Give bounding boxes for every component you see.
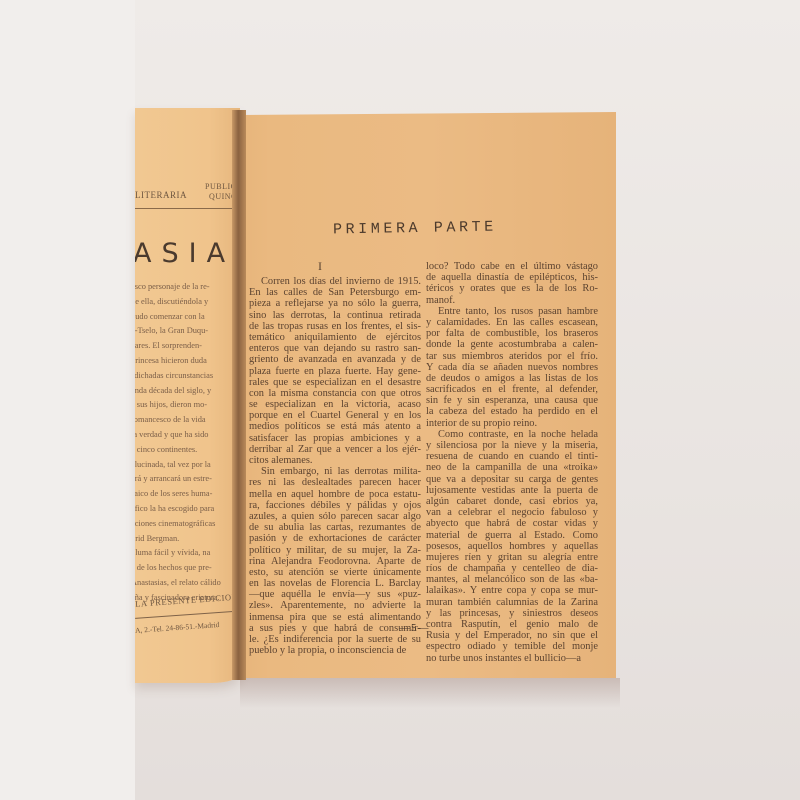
text-line: Entre tanto, los rusos pasan hambre bbox=[426, 306, 598, 317]
text-line: posesos, aquellos hombres y aquellas bbox=[426, 541, 598, 552]
text-line: rales que se especializan en el desastre bbox=[249, 377, 421, 388]
text-line: y las princesas, y siniestros deseos bbox=[426, 608, 598, 619]
text-line: de aquella dinastía de epilépticos, his- bbox=[426, 272, 598, 283]
text-line: sin fe y sin esperanza, una causa que bbox=[426, 395, 598, 406]
text-line: ará y arrancará un estre- bbox=[135, 472, 240, 487]
text-line: se especializan en la victoria, acaso bbox=[249, 399, 421, 410]
text-line: resuena de cuando en cuando el tinti- bbox=[426, 451, 598, 462]
text-line: algún cabaret donde, casi ebrios ya, bbox=[426, 496, 598, 507]
text-line: ra, facciones débiles y pálidas y ojos bbox=[249, 500, 421, 511]
text-line: mella en aquel hombre de poca estatu- bbox=[249, 489, 421, 500]
left-page-title: ASIA bbox=[135, 238, 235, 269]
text-line: pasión y de exhortaciones de carácter bbox=[249, 533, 421, 544]
text-line: pueblo y la propia, o inconsciencia de bbox=[249, 645, 421, 656]
divider bbox=[135, 610, 240, 619]
text-line: plaza fuerte en plaza fuerte. Hay gene- bbox=[249, 366, 421, 377]
text-line: van a celebrar el negocio fabuloso y bbox=[426, 507, 598, 518]
text-line: Corren los días del invierno de 1915. bbox=[249, 276, 421, 287]
text-line: romancesco de la vida bbox=[135, 413, 240, 428]
text-line: lalaikas». Y entre copa y copa se mur- bbox=[426, 585, 598, 596]
text-line: a sus pies y que habrá de consumir- bbox=[249, 623, 421, 634]
text-line: sdichadas circunstancias bbox=[135, 369, 240, 384]
text-column-left: Corren los días del invierno de 1915.En … bbox=[249, 276, 421, 656]
text-line: esco personaje de la re- bbox=[135, 280, 240, 295]
text-line: griento de avanzada en avanzada y de bbox=[249, 354, 421, 365]
chapter-number: I bbox=[318, 259, 322, 274]
left-page: LITERARIA PUBLICACIÓN QUINCENAL ASIA esc… bbox=[135, 108, 240, 683]
text-line: Sin embargo, ni las derrotas milita- bbox=[249, 466, 421, 477]
text-line: cciones cinematográficas bbox=[135, 517, 240, 532]
text-line: azules, a quien sólo parecen sacar algo bbox=[249, 511, 421, 522]
part-title: PRIMERA PARTE bbox=[333, 219, 497, 239]
text-line: abyecto que habrá de costar vidas y bbox=[426, 518, 598, 529]
text-line: que va a depositar su carga de gentes bbox=[426, 474, 598, 485]
text-line: a de los hechos que pre- bbox=[135, 561, 240, 576]
text-line: interior de su propio reino. bbox=[426, 418, 598, 429]
text-line: e cinco continentes. bbox=[135, 443, 240, 458]
text-line: y calamidades. En las calles escasean, bbox=[426, 317, 598, 328]
text-line: citos alemanes. bbox=[249, 455, 421, 466]
text-line: En las calles de San Petersburgo em- bbox=[249, 287, 421, 298]
text-line: espectro odiado y temible del monje bbox=[426, 641, 598, 652]
text-line: de ella, discutiéndola y bbox=[135, 295, 240, 310]
text-line: y silenciosa por la nieve y la miseria, bbox=[426, 440, 598, 451]
left-page-header: LITERARIA PUBLICACIÓN QUINCENAL bbox=[135, 168, 240, 209]
text-line: la cabeza del estado ha perdido en el bbox=[426, 406, 598, 417]
text-line: saico de los seres huma- bbox=[135, 487, 240, 502]
text-line: sacrificados en el frente, al defender, bbox=[426, 384, 598, 395]
text-line: muran también calumnias de la Zarina bbox=[426, 597, 598, 608]
background-left bbox=[0, 0, 135, 800]
text-line: —que aquélla le envía—y sus «puz- bbox=[249, 589, 421, 600]
text-line: Anastasias, el relato cálido bbox=[135, 576, 240, 591]
text-line: pluma fácil y vívida, na bbox=[135, 546, 240, 561]
text-line: e-Tselo, la Gran Duqu- bbox=[135, 324, 240, 339]
text-line: por falta de combustible, los braseros bbox=[426, 328, 598, 339]
text-line: loco? Todo cabe en el último vástago bbox=[426, 261, 598, 272]
text-line: neo de la campanilla de una «troika» bbox=[426, 462, 598, 473]
text-line: con la misma constancia con que otros bbox=[249, 388, 421, 399]
text-line: téricos y orates que es la de los Ro- bbox=[426, 283, 598, 294]
publisher-address: A, 2.-Tel. 24-86-51.-Madrid bbox=[135, 620, 220, 635]
text-line: zares. El sorprenden- bbox=[135, 339, 240, 354]
text-line: tar sus miembros ateridos por el frío. bbox=[426, 351, 598, 362]
text-line: mantes, al melancólico son de las «ba- bbox=[426, 574, 598, 585]
text-line: satisfacer las propias ambiciones y a bbox=[249, 433, 421, 444]
text-line: la verdad y que ha sido bbox=[135, 428, 240, 443]
text-line: enteros que van dejando su rastro san- bbox=[249, 343, 421, 354]
text-line: en las novelas de Florencia L. Barclay bbox=[249, 578, 421, 589]
text-line: Y cada día se añaden nuevos nombres bbox=[426, 362, 598, 373]
text-line: pieza a reflejarse ya no sólo la guerra, bbox=[249, 298, 421, 309]
text-line: Rusia y del Emperador, no sin que el bbox=[426, 630, 598, 641]
text-column-right: loco? Todo cabe en el último vástagode a… bbox=[426, 261, 598, 664]
page-number: —5— bbox=[399, 622, 430, 634]
left-page-text: esco personaje de la re-de ella, discuti… bbox=[135, 280, 240, 606]
text-line: princesa hicieron duda bbox=[135, 354, 240, 369]
text-line: donde la gente acostumbraba a calen- bbox=[426, 339, 598, 350]
text-line: de deudos o amigos a las listas de los bbox=[426, 373, 598, 384]
text-line: res ni las deslealtades parecen hacer bbox=[249, 477, 421, 488]
book-gutter bbox=[232, 110, 246, 680]
text-line: pudo comenzar con la bbox=[135, 310, 240, 325]
text-line: Como contraste, en la noche helada bbox=[426, 429, 598, 440]
text-line: derribar al Zar que a vencer a los ejér- bbox=[249, 444, 421, 455]
text-line: político y militar, de su mujer, la Za- bbox=[249, 545, 421, 556]
text-line: lujosamente vestidas ante la puerta de bbox=[426, 485, 598, 496]
text-line: le. ¿Es indiferencia por la suerte de su bbox=[249, 634, 421, 645]
text-line: zles». Aparentemente, no advierte la bbox=[249, 600, 421, 611]
text-line: no turbe unos instantes el bullicio—a bbox=[426, 653, 598, 664]
text-line: de las tropas rusas en los frentes, el s… bbox=[249, 321, 421, 332]
text-line: alucinada, tal vez por la bbox=[135, 458, 240, 473]
text-line: anda década del siglo, y bbox=[135, 384, 240, 399]
text-line: porque en el Cuartel General y en los bbox=[249, 410, 421, 421]
header-literaria: LITERARIA bbox=[135, 190, 187, 200]
text-line: contra Rasputín, el genio malo de bbox=[426, 619, 598, 630]
text-line: manof. bbox=[426, 295, 598, 306]
text-line: áfico la ha escogido para bbox=[135, 502, 240, 517]
text-line: esto, su atención se vierte únicamente bbox=[249, 567, 421, 578]
text-line: medios políticos se está más atento a bbox=[249, 421, 421, 432]
text-line: temático aniquilamiento de ejércitos bbox=[249, 332, 421, 343]
text-line: ríos de champaña y centelleo de dia- bbox=[426, 563, 598, 574]
text-line: de su abulia las cartas, rezumantes de bbox=[249, 522, 421, 533]
page-shadow bbox=[240, 678, 620, 708]
text-line: rina Alejandra Feodorovna. Aparte de bbox=[249, 556, 421, 567]
text-line: grid Bergman. bbox=[135, 532, 240, 547]
text-line: sino las derrotas, la continua retirada bbox=[249, 310, 421, 321]
text-line: material de guerra al Estado. Como bbox=[426, 530, 598, 541]
text-line: inmensa pira que se está alimentando bbox=[249, 612, 421, 623]
text-line: a sus hijos, dieron mo- bbox=[135, 398, 240, 413]
text-line: mujeres ríen y gritan su alegría entre bbox=[426, 552, 598, 563]
